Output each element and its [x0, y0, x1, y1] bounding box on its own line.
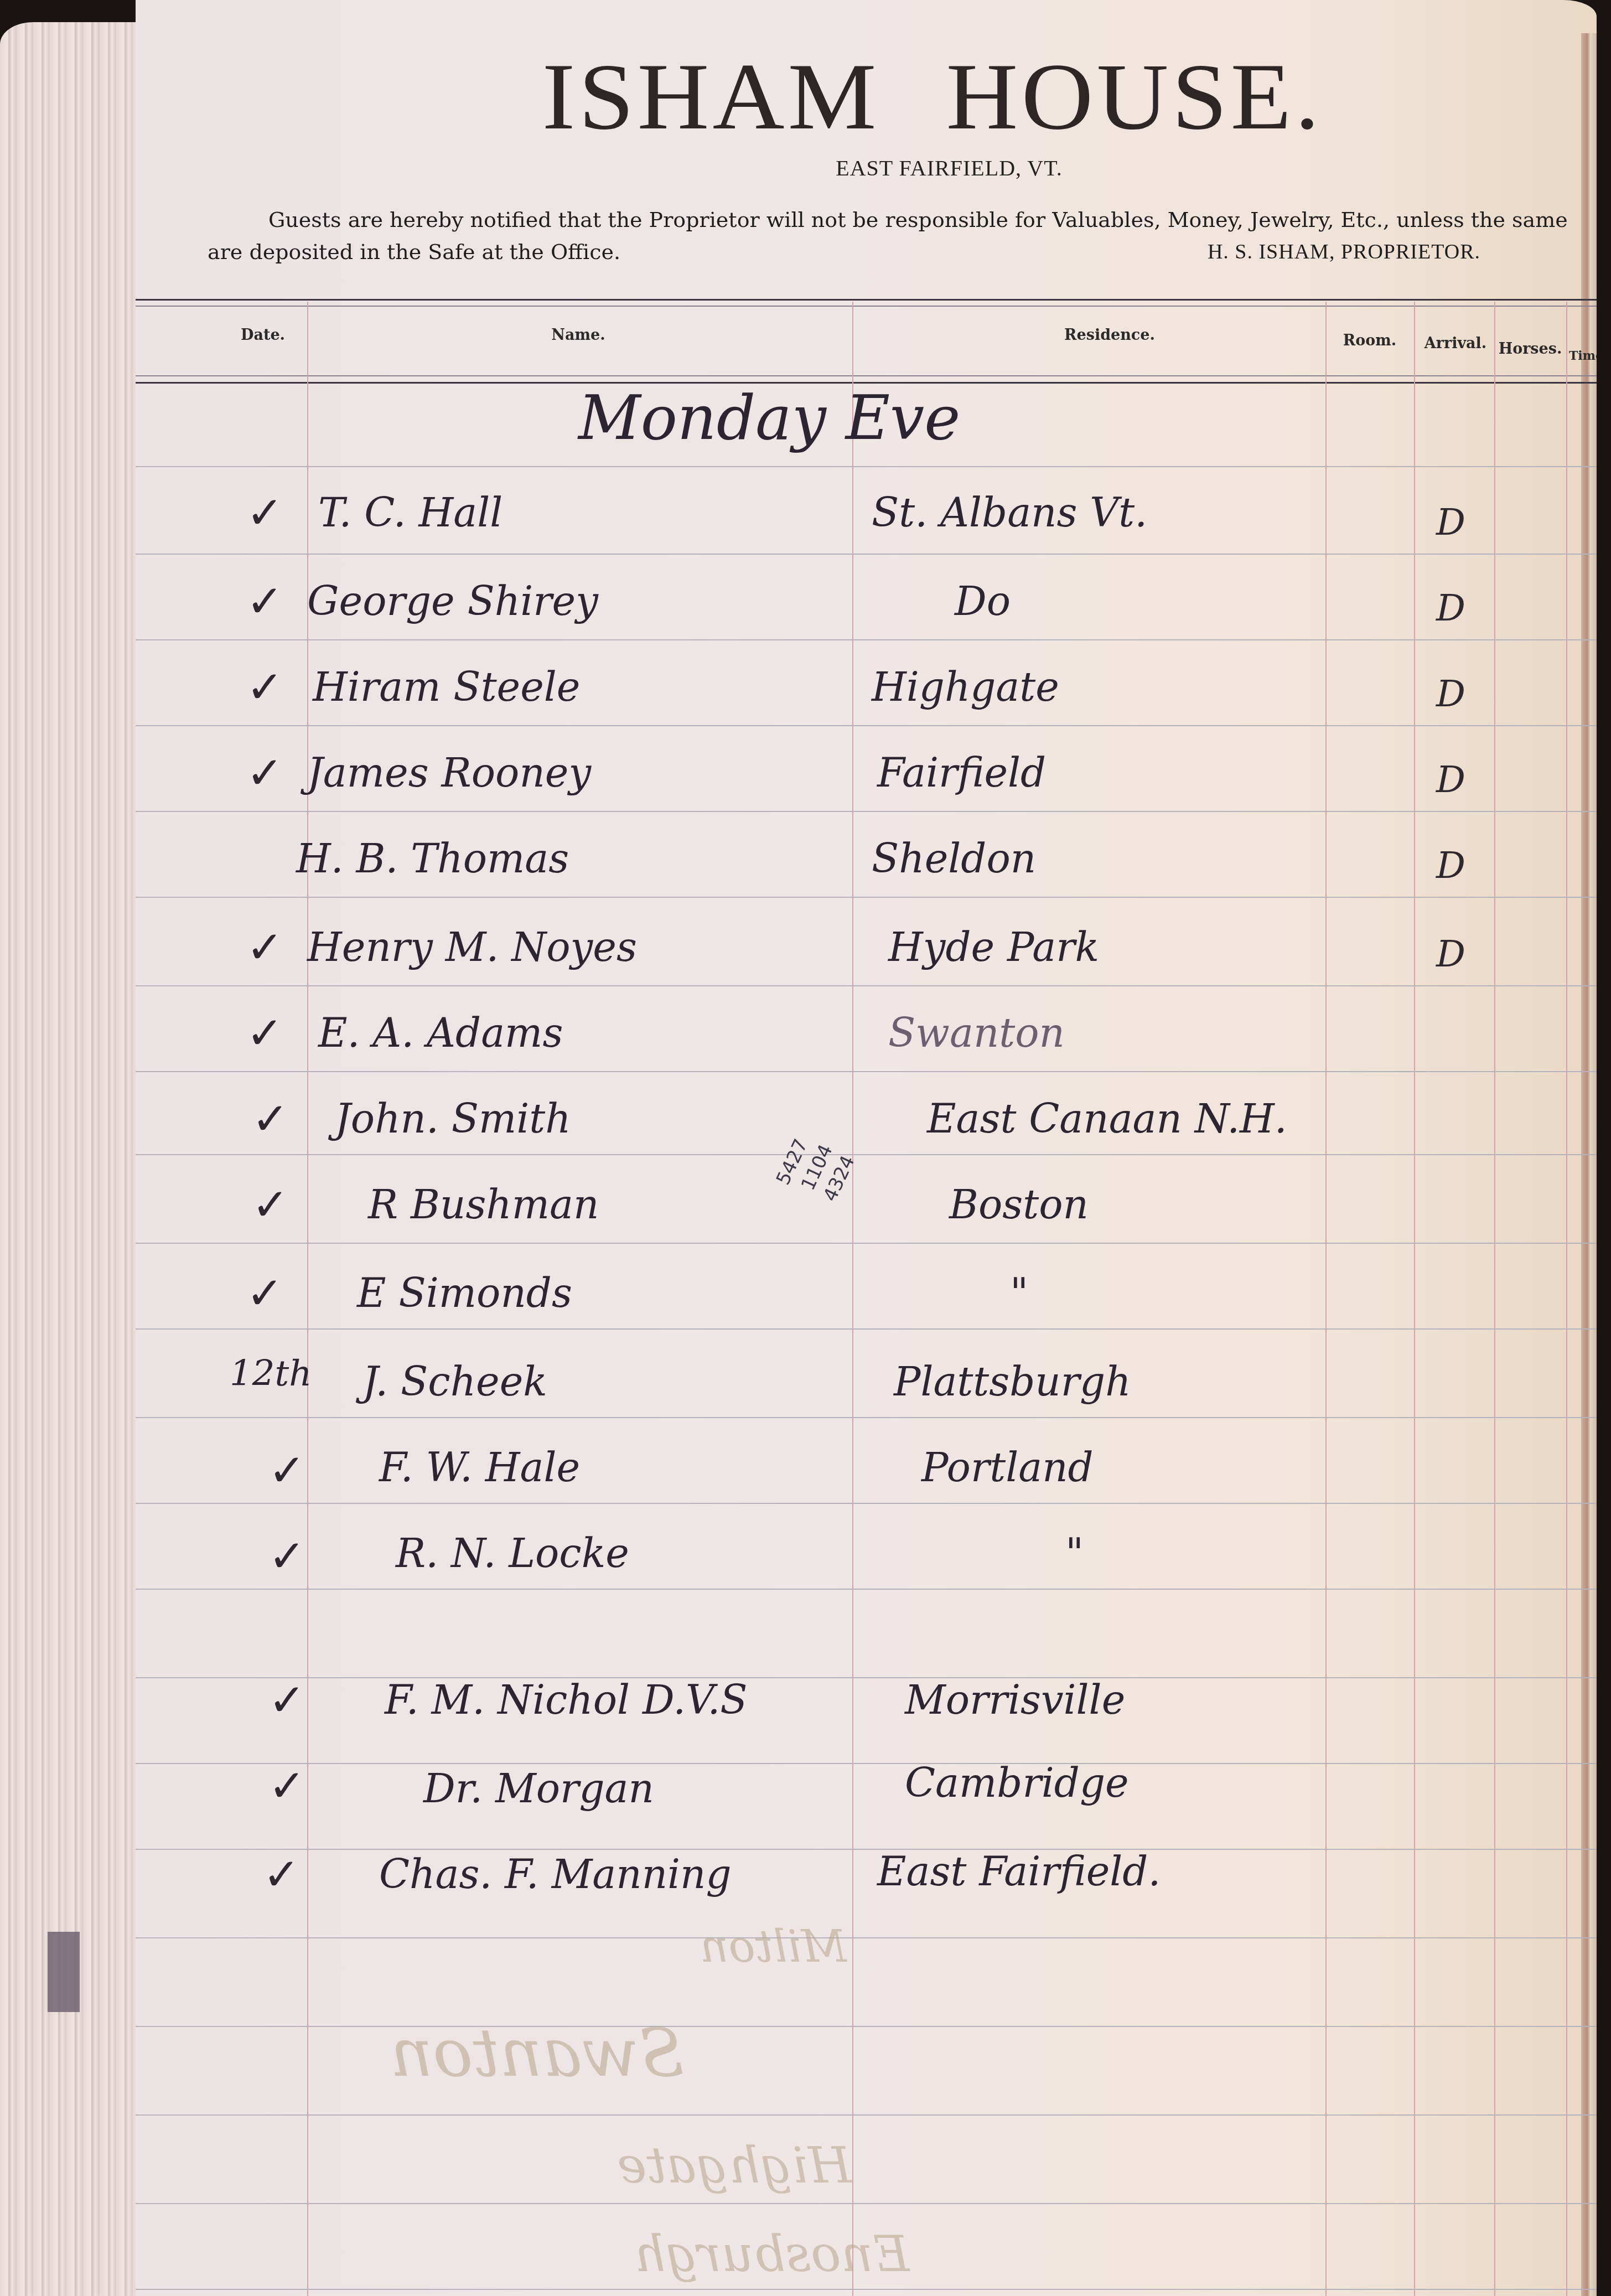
header-top-rule	[136, 299, 1597, 301]
hotel-location: EAST FAIRFIELD, VT.	[136, 155, 1597, 181]
check-mark-icon: ✓	[246, 1007, 283, 1059]
arrival-mark: D	[1436, 587, 1465, 629]
hotel-title: ISHAMHOUSE.	[136, 50, 1597, 144]
guest-name: T. C. Hall	[318, 493, 503, 532]
check-mark-icon: ✓	[246, 487, 283, 539]
guest-residence: St. Albans Vt.	[872, 493, 1147, 532]
arrival-mark: D	[1436, 844, 1465, 887]
check-mark-icon: ✓	[268, 1674, 305, 1726]
guest-name: Dr. Morgan	[423, 1768, 654, 1808]
guest-residence: Plattsburgh	[894, 1362, 1131, 1402]
guest-residence: Boston	[949, 1185, 1089, 1224]
header-residence: Residence.	[1054, 327, 1165, 344]
liability-notice: Guests are hereby notified that the Prop…	[208, 204, 1580, 268]
guest-residence: Sheldon	[872, 839, 1036, 878]
guest-residence: Do	[955, 581, 1011, 621]
column-divider-arrival-horses	[1494, 302, 1495, 2296]
guest-name: E Simonds	[357, 1273, 572, 1313]
guest-name: George Shirey	[307, 581, 598, 621]
guest-name: H. B. Thomas	[296, 839, 569, 878]
arrival-mark: D	[1436, 933, 1465, 975]
guest-name: Chas. F. Manning	[379, 1854, 732, 1894]
guest-residence: East Fairfield.	[877, 1852, 1161, 1891]
guest-name: F. M. Nichol D.V.S	[385, 1680, 748, 1720]
entry-date: 12th	[230, 1356, 312, 1392]
title-word-house: HOUSE.	[946, 44, 1323, 149]
check-mark-icon: ✓	[268, 1530, 305, 1582]
guest-residence: "	[1065, 1533, 1084, 1573]
arrival-mark: D	[1436, 501, 1465, 544]
header-horses: Horses.	[1497, 340, 1563, 358]
check-mark-icon: ✓	[246, 747, 283, 799]
header-date: Date.	[235, 327, 291, 344]
bleed-through-text: Enosburgh	[634, 2225, 909, 2283]
guest-residence: Fairfield	[877, 753, 1046, 793]
guest-name: Hiram Steele	[313, 667, 580, 707]
column-divider-room-arrival	[1414, 302, 1415, 2296]
guest-residence: Swanton	[888, 1013, 1065, 1053]
notice-line-2: are deposited in the Safe at the Office.	[208, 236, 620, 268]
check-mark-icon: ✓	[252, 1179, 289, 1230]
check-mark-icon: ✓	[252, 1093, 289, 1145]
title-word-isham: ISHAM	[542, 44, 879, 149]
register-page: ISHAMHOUSE. EAST FAIRFIELD, VT. Guests a…	[136, 0, 1597, 2296]
bleed-through-text: Highgate	[617, 2137, 852, 2195]
binding-clip	[48, 1932, 80, 2012]
notice-line-1: Guests are hereby notified that the Prop…	[208, 204, 1580, 236]
check-mark-icon: ✓	[246, 1268, 283, 1319]
header-time: Time.	[1569, 349, 1597, 363]
guest-name: J. Scheek	[362, 1362, 547, 1402]
guest-name: F. W. Hale	[379, 1447, 580, 1487]
check-mark-icon: ✓	[268, 1760, 305, 1812]
column-divider-name-residence	[852, 302, 853, 2296]
guest-residence: Portland	[921, 1447, 1094, 1487]
page-stack-edges	[0, 22, 138, 2296]
check-mark-icon: ✓	[268, 1445, 305, 1496]
header-bottom-rule-thin	[136, 375, 1597, 376]
guest-residence: East Canaan N.H.	[927, 1099, 1287, 1139]
guest-residence: Cambridge	[905, 1763, 1129, 1803]
guest-residence: Morrisville	[905, 1680, 1125, 1720]
guest-residence: Highgate	[872, 667, 1059, 707]
guest-residence: "	[1010, 1273, 1028, 1313]
guest-name: R Bushman	[368, 1185, 599, 1224]
header-room: Room.	[1337, 332, 1403, 349]
arrival-mark: D	[1436, 673, 1465, 715]
column-divider-horses-time	[1566, 302, 1567, 2296]
proprietor-signature: H. S. ISHAM, PROPRIETOR.	[1208, 236, 1480, 268]
guest-name: John. Smith	[335, 1099, 571, 1139]
book-binding-edge	[1581, 33, 1597, 2296]
guest-name: R. N. Locke	[396, 1533, 629, 1573]
guest-residence: Hyde Park	[888, 927, 1099, 967]
guest-name: James Rooney	[307, 753, 591, 793]
guest-name: Henry M. Noyes	[307, 927, 637, 967]
check-mark-icon: ✓	[246, 922, 283, 973]
day-heading: Monday Eve	[578, 387, 960, 448]
bleed-through-text: Milton	[700, 1921, 847, 1972]
bleed-through-text: Swanton	[390, 2015, 685, 2092]
arrival-mark: D	[1436, 758, 1465, 801]
header-top-rule-thin	[136, 306, 1597, 307]
check-mark-icon: ✓	[246, 661, 283, 713]
guest-name: E. A. Adams	[318, 1013, 563, 1053]
header-name: Name.	[545, 327, 612, 344]
check-mark-icon: ✓	[246, 576, 283, 627]
column-divider-residence-room	[1325, 302, 1327, 2296]
header-arrival: Arrival.	[1420, 335, 1491, 352]
check-mark-icon: ✓	[263, 1849, 300, 1900]
